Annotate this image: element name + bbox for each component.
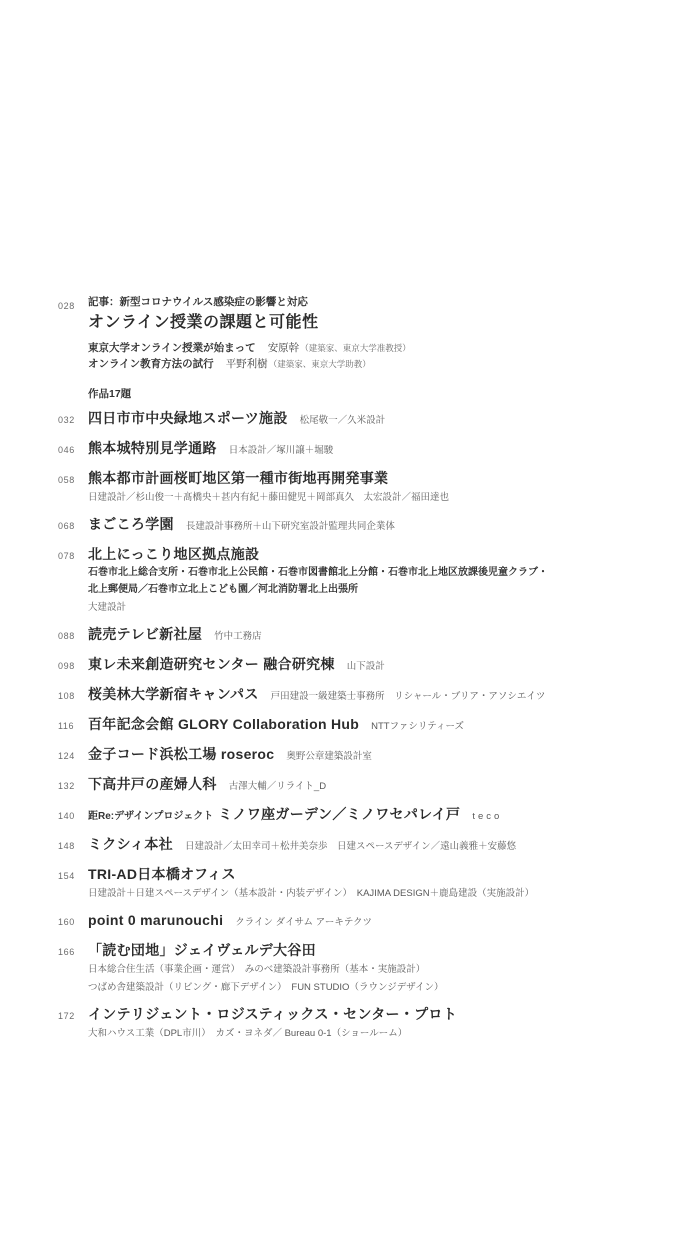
- work-body: 北上にっこり地区拠点施設 石巻市北上総合支所・石巻市北上公民館・石巻市図書館北上…: [88, 546, 548, 615]
- toc-work-entry: 088 読売テレビ新社屋竹中工務店: [58, 626, 664, 645]
- article-subitem: オンライン教育方法の試行平野利樹（建築家、東京大学助教）: [88, 356, 411, 372]
- work-page-number: 154: [58, 866, 88, 883]
- work-credit-line: 日建設計／杉山俊一＋髙橋央＋甚内有紀＋藤田健児＋岡部真久 太宏設計／福田達也: [88, 490, 449, 505]
- work-title: まごころ学園: [88, 516, 174, 532]
- work-title: ミクシィ本社: [88, 836, 173, 852]
- toc-work-entry: 068 まごころ学園長建設計事務所＋山下研究室設計監理共同企業体: [58, 516, 664, 535]
- work-page-number: 124: [58, 746, 88, 763]
- work-page-number: 046: [58, 440, 88, 457]
- toc-work-entry: 132 下高井戸の産婦人科古澤大輔／リライト_D: [58, 776, 664, 795]
- article-subitem-author: 安原幹: [268, 342, 300, 354]
- work-title-line: 金子コード浜松工場 roseroc奥野公章建築設計室: [88, 746, 372, 765]
- work-title-line: point 0 marunouchiクライン ダイサム アーキテクツ: [88, 912, 372, 931]
- toc-work-entry: 098 東レ未来創造研究センター 融合研究棟山下設計: [58, 656, 664, 675]
- work-page-number: 088: [58, 626, 88, 643]
- toc-work-entry: 124 金子コード浜松工場 roseroc奥野公章建築設計室: [58, 746, 664, 765]
- work-body: 下高井戸の産婦人科古澤大輔／リライト_D: [88, 776, 326, 795]
- work-title-line: インテリジェント・ロジスティックス・センター・プロト: [88, 1006, 457, 1023]
- work-credit-line: 日建設計＋日建スペースデザイン（基本設計・内装デザイン） KAJIMA DESI…: [88, 886, 534, 901]
- work-credit: 日本設計／塚川譲＋堀駿: [229, 445, 334, 456]
- work-title-line: 東レ未来創造研究センター 融合研究棟山下設計: [88, 656, 385, 675]
- toc-work-entry: 116 百年記念会館 GLORY Collaboration HubNTTファシ…: [58, 716, 664, 735]
- work-title-line: 熊本城特別見学通路日本設計／塚川譲＋堀駿: [88, 440, 333, 459]
- work-credit: 竹中工務店: [214, 631, 262, 642]
- article-title: オンライン授業の課題と可能性: [88, 312, 411, 334]
- work-page-number: 116: [58, 716, 88, 733]
- toc-work-entry: 172 インテリジェント・ロジスティックス・センター・プロト 大和ハウス工業（D…: [58, 1006, 664, 1041]
- work-body: point 0 marunouchiクライン ダイサム アーキテクツ: [88, 912, 372, 931]
- work-body: 四日市市中央緑地スポーツ施設松尾敬一／久米設計: [88, 410, 385, 429]
- work-subtitles: 石巻市北上総合支所・石巻市北上公民館・石巻市図書館北上分館・石巻市北上地区放課後…: [88, 565, 548, 597]
- article-page-number: 028: [58, 296, 88, 313]
- work-body: 金子コード浜松工場 roseroc奥野公章建築設計室: [88, 746, 372, 765]
- work-title: 「読む団地」ジェイヴェルデ大谷田: [88, 942, 316, 958]
- work-credits: 日建設計／杉山俊一＋髙橋央＋甚内有紀＋藤田健児＋岡部真久 太宏設計／福田達也: [88, 490, 449, 505]
- work-credit-line: つばめ舎建築設計（リビング・廊下デザイン） FUN STUDIO（ラウンジデザイ…: [88, 980, 444, 995]
- article-body: 記事：新型コロナウイルス感染症の影響と対応 オンライン授業の課題と可能性 東京大…: [88, 296, 411, 372]
- work-credits: 日本総合住生活（事業企画・運営） みのべ建築設計事務所（基本・実施設計）つばめ舎…: [88, 962, 444, 995]
- toc-work-entry: 148 ミクシィ本社日建設計／太田幸司＋松井美奈歩 日建スペースデザイン／遠山義…: [58, 836, 664, 855]
- toc-work-entry: 078 北上にっこり地区拠点施設 石巻市北上総合支所・石巻市北上公民館・石巻市図…: [58, 546, 664, 615]
- work-title: 百年記念会館 GLORY Collaboration Hub: [88, 716, 359, 732]
- work-credit-line: 大和ハウス工業（DPL市川） カズ・ヨネダ／ Bureau 0-1（ショールーム…: [88, 1026, 457, 1041]
- article-kicker: 記事：新型コロナウイルス感染症の影響と対応: [88, 296, 411, 309]
- work-page-number: 078: [58, 546, 88, 563]
- work-page-number: 068: [58, 516, 88, 533]
- work-credits: 大和ハウス工業（DPL市川） カズ・ヨネダ／ Bureau 0-1（ショールーム…: [88, 1026, 457, 1041]
- work-body: ミクシィ本社日建設計／太田幸司＋松井美奈歩 日建スペースデザイン／遠山義雅＋安藤…: [88, 836, 516, 855]
- toc-work-entry: 058 熊本都市計画桜町地区第一種市街地再開発事業 日建設計／杉山俊一＋髙橋央＋…: [58, 470, 664, 505]
- work-credit: 戸田建設一級建築士事務所 リシャール・ブリア・アソシエイツ: [271, 691, 546, 702]
- work-title-line: 熊本都市計画桜町地区第一種市街地再開発事業: [88, 470, 449, 487]
- toc-work-entry: 160 point 0 marunouchiクライン ダイサム アーキテクツ: [58, 912, 664, 931]
- work-page-number: 160: [58, 912, 88, 929]
- works-section-header: 作品17題: [88, 388, 131, 401]
- work-page-number: 132: [58, 776, 88, 793]
- work-body: 熊本都市計画桜町地区第一種市街地再開発事業 日建設計／杉山俊一＋髙橋央＋甚内有紀…: [88, 470, 449, 505]
- work-title: 金子コード浜松工場 roseroc: [88, 746, 274, 762]
- toc-work-entry: 166 「読む団地」ジェイヴェルデ大谷田 日本総合住生活（事業企画・運営） みの…: [58, 942, 664, 995]
- works-header-row: 作品17題: [58, 388, 664, 401]
- work-body: 「読む団地」ジェイヴェルデ大谷田 日本総合住生活（事業企画・運営） みのべ建築設…: [88, 942, 444, 995]
- toc-work-entry: 046 熊本城特別見学通路日本設計／塚川譲＋堀駿: [58, 440, 664, 459]
- work-body: TRI-AD日本橋オフィス 日建設計＋日建スペースデザイン（基本設計・内装デザイ…: [88, 866, 534, 901]
- toc-work-entry: 108 桜美林大学新宿キャンパス戸田建設一級建築士事務所 リシャール・ブリア・ア…: [58, 686, 664, 705]
- work-title: 熊本城特別見学通路: [88, 440, 217, 456]
- work-credits: 大建設計: [88, 600, 548, 615]
- work-title-line: 北上にっこり地区拠点施設: [88, 546, 548, 563]
- work-title: 読売テレビ新社屋: [88, 626, 202, 642]
- work-body: 東レ未来創造研究センター 融合研究棟山下設計: [88, 656, 385, 675]
- article-subitems: 東京大学オンライン授業が始まって安原幹（建築家、東京大学准教授） オンライン教育…: [88, 340, 411, 372]
- work-title-line: 四日市市中央緑地スポーツ施設松尾敬一／久米設計: [88, 410, 385, 429]
- work-page-number: 166: [58, 942, 88, 959]
- toc-work-entry: 032 四日市市中央緑地スポーツ施設松尾敬一／久米設計: [58, 410, 664, 429]
- work-title: TRI-AD日本橋オフィス: [88, 866, 236, 882]
- work-body: 桜美林大学新宿キャンパス戸田建設一級建築士事務所 リシャール・ブリア・アソシエイ…: [88, 686, 545, 705]
- work-credit: 長建設計事務所＋山下研究室設計監理共同企業体: [186, 521, 395, 532]
- work-body: 熊本城特別見学通路日本設計／塚川譲＋堀駿: [88, 440, 333, 459]
- work-pretitle: 距Re:デザインプロジェクト: [88, 811, 213, 822]
- work-title: 下高井戸の産婦人科: [88, 776, 217, 792]
- work-subtitle-line: 北上郵便局／石巻市立北上こども園／河北消防署北上出張所: [88, 582, 548, 597]
- work-body: まごころ学園長建設計事務所＋山下研究室設計監理共同企業体: [88, 516, 395, 535]
- work-page-number: 032: [58, 410, 88, 427]
- work-title-line: TRI-AD日本橋オフィス: [88, 866, 534, 883]
- toc-content: 028 記事：新型コロナウイルス感染症の影響と対応 オンライン授業の課題と可能性…: [58, 296, 664, 1052]
- work-credit-line: 大建設計: [88, 600, 548, 615]
- work-title: 北上にっこり地区拠点施設: [88, 546, 259, 562]
- work-page-number: 098: [58, 656, 88, 673]
- article-subitem-note: （建築家、東京大学助教）: [269, 359, 371, 369]
- work-title-line: 距Re:デザインプロジェクトミノワ座ガーデン／ミノワセパレイ戸teco: [88, 806, 502, 825]
- article-subitem: 東京大学オンライン授業が始まって安原幹（建築家、東京大学准教授）: [88, 340, 411, 356]
- work-title: 熊本都市計画桜町地区第一種市街地再開発事業: [88, 470, 388, 486]
- article-subitem-note: （建築家、東京大学准教授）: [300, 343, 411, 353]
- work-credit: NTTファシリティーズ: [371, 721, 464, 732]
- work-body: 百年記念会館 GLORY Collaboration HubNTTファシリティー…: [88, 716, 464, 735]
- article-subitem-title: 東京大学オンライン授業が始まって: [88, 342, 256, 354]
- work-title-line: 「読む団地」ジェイヴェルデ大谷田: [88, 942, 444, 959]
- toc-work-entry: 154 TRI-AD日本橋オフィス 日建設計＋日建スペースデザイン（基本設計・内…: [58, 866, 664, 901]
- work-page-number: 058: [58, 470, 88, 487]
- work-title: 四日市市中央緑地スポーツ施設: [88, 410, 288, 426]
- work-page-number: 148: [58, 836, 88, 853]
- work-page-number: 108: [58, 686, 88, 703]
- work-title-line: まごころ学園長建設計事務所＋山下研究室設計監理共同企業体: [88, 516, 395, 535]
- article-subitem-title: オンライン教育方法の試行: [88, 358, 214, 370]
- article-subitem-author: 平野利樹: [226, 358, 268, 370]
- work-credit-line: 日本総合住生活（事業企画・運営） みのべ建築設計事務所（基本・実施設計）: [88, 962, 444, 977]
- work-credit: 日建設計／太田幸司＋松井美奈歩 日建スペースデザイン／遠山義雅＋安藤悠: [185, 841, 516, 852]
- article-entry: 028 記事：新型コロナウイルス感染症の影響と対応 オンライン授業の課題と可能性…: [58, 296, 664, 372]
- work-body: インテリジェント・ロジスティックス・センター・プロト 大和ハウス工業（DPL市川…: [88, 1006, 457, 1041]
- work-credit: 松尾敬一／久米設計: [300, 415, 386, 426]
- work-credit: 古澤大輔／リライト_D: [229, 781, 326, 792]
- work-body: 距Re:デザインプロジェクトミノワ座ガーデン／ミノワセパレイ戸teco: [88, 806, 502, 825]
- work-title: 桜美林大学新宿キャンパス: [88, 686, 259, 702]
- work-title-line: ミクシィ本社日建設計／太田幸司＋松井美奈歩 日建スペースデザイン／遠山義雅＋安藤…: [88, 836, 516, 855]
- work-title-line: 読売テレビ新社屋竹中工務店: [88, 626, 262, 645]
- work-title: 東レ未来創造研究センター 融合研究棟: [88, 656, 335, 672]
- works-list: 032 四日市市中央緑地スポーツ施設松尾敬一／久米設計 046 熊本城特別見学通…: [58, 410, 664, 1041]
- work-credits: 日建設計＋日建スペースデザイン（基本設計・内装デザイン） KAJIMA DESI…: [88, 886, 534, 901]
- work-title: インテリジェント・ロジスティックス・センター・プロト: [88, 1006, 457, 1022]
- work-title-line: 百年記念会館 GLORY Collaboration HubNTTファシリティー…: [88, 716, 464, 735]
- toc-work-entry: 140 距Re:デザインプロジェクトミノワ座ガーデン／ミノワセパレイ戸teco: [58, 806, 664, 825]
- work-title: ミノワ座ガーデン／ミノワセパレイ戸: [218, 806, 460, 822]
- work-credit: 山下設計: [347, 661, 385, 672]
- work-title: point 0 marunouchi: [88, 912, 223, 928]
- work-credit: 奥野公章建築設計室: [286, 751, 372, 762]
- work-subtitle-line: 石巻市北上総合支所・石巻市北上公民館・石巻市図書館北上分館・石巻市北上地区放課後…: [88, 565, 548, 580]
- work-page-number: 140: [58, 806, 88, 823]
- work-credit: teco: [472, 811, 502, 822]
- work-credit: クライン ダイサム アーキテクツ: [235, 917, 372, 928]
- work-page-number: 172: [58, 1006, 88, 1023]
- work-title-line: 桜美林大学新宿キャンパス戸田建設一級建築士事務所 リシャール・ブリア・アソシエイ…: [88, 686, 545, 705]
- work-title-line: 下高井戸の産婦人科古澤大輔／リライト_D: [88, 776, 326, 795]
- work-body: 読売テレビ新社屋竹中工務店: [88, 626, 262, 645]
